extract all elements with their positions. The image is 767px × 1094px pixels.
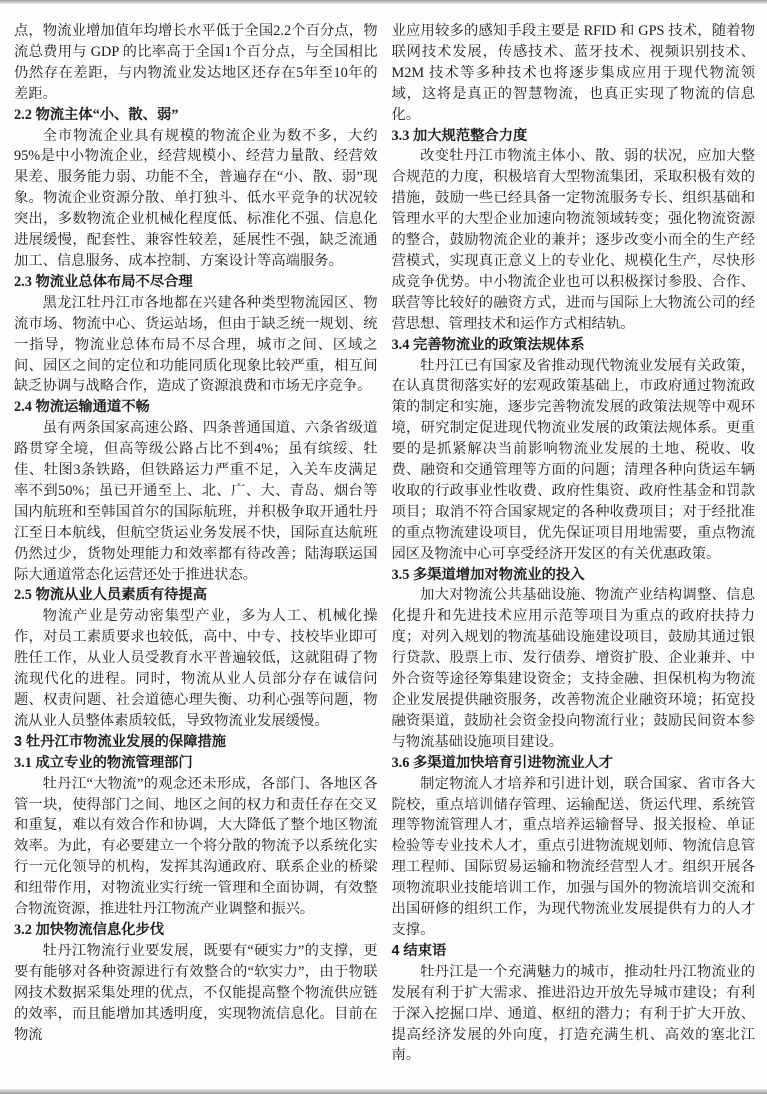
section-heading-2-3: 2.3 物流业总体布局不尽合理 <box>14 272 378 293</box>
section-heading-4: 4 结束语 <box>392 941 756 962</box>
section-heading-3-4: 3.4 完善物流业的政策法规体系 <box>392 335 756 356</box>
section-heading-2-4: 2.4 物流运输通道不畅 <box>14 397 378 418</box>
section-heading-3-5: 3.5 多渠道增加对物流业的投入 <box>392 565 756 586</box>
section-heading-3-6: 3.6 多渠道加快培育引进物流业人才 <box>392 753 756 774</box>
section-heading-3: 3 牡丹江市物流业发展的保障措施 <box>14 732 378 753</box>
scan-edge-top <box>0 0 767 4</box>
paragraph: 牡丹江是一个充满魅力的城市，推动牡丹江物流业的发展有利于扩大需求、推进沿边开放先… <box>392 962 756 1067</box>
paragraph: 牡丹江物流行业要发展，既要有“硬实力”的支撑，更要有能够对各种资源进行有效整合的… <box>14 941 378 1046</box>
paragraph: 制定物流人才培养和引进计划，联合国家、省市各大院校，重点培训储存管理、运输配送、… <box>392 774 756 941</box>
section-heading-3-1: 3.1 成立专业的物流管理部门 <box>14 753 378 774</box>
section-heading-3-2: 3.2 加快物流信息化步伐 <box>14 920 378 941</box>
right-column: 业应用较多的感知手段主要是 RFID 和 GPS 技术，随着物联网技术发展，传感… <box>392 21 756 1086</box>
section-heading-2-2: 2.2 物流主体“小、散、弱” <box>14 105 378 126</box>
paragraph-continued: 点，物流业增加值年均增长水平低于全国2.2个百分点，物流总费用与 GDP 的比率… <box>14 21 378 105</box>
paragraph: 加大对物流公共基础设施、物流产业结构调整、信息化提升和先进技术应用示范等项目为重… <box>392 585 756 752</box>
paragraph: 改变牡丹江市物流主体小、散、弱的状况，应加大整合规范的力度，积极培育大型物流集团… <box>392 146 756 334</box>
paragraph-continued: 业应用较多的感知手段主要是 RFID 和 GPS 技术，随着物联网技术发展，传感… <box>392 21 756 126</box>
paragraph: 牡丹江“大物流”的观念还未形成，各部门、各地区各管一块，使得部门之间、地区之间的… <box>14 774 378 920</box>
paragraph: 物流产业是劳动密集型产业，多为人工、机械化操作，对员工素质要求也较低，高中、中专… <box>14 606 378 731</box>
paragraph: 虽有两条国家高速公路、四条普通国道、六条省级道路贯穿全境，但高等级公路占比不到4… <box>14 418 378 585</box>
paper-page: 点，物流业增加值年均增长水平低于全国2.2个百分点，物流总费用与 GDP 的比率… <box>0 0 767 1094</box>
section-heading-3-3: 3.3 加大规范整合力度 <box>392 126 756 147</box>
paragraph: 牡丹江已有国家及省推动现代物流业发展有关政策，在认真贯彻落实好的宏观政策基础上，… <box>392 356 756 565</box>
paragraph: 全市物流企业具有规模的物流企业为数不多，大约95%是中小物流企业，经营规模小、经… <box>14 126 378 272</box>
section-heading-2-5: 2.5 物流从业人员素质有待提高 <box>14 585 378 606</box>
scan-edge-bottom <box>0 1089 767 1094</box>
paragraph: 黑龙江牡丹江市各地都在兴建各种类型物流园区、物流市场、物流中心、货运站场，但由于… <box>14 293 378 398</box>
left-column: 点，物流业增加值年均增长水平低于全国2.2个百分点，物流总费用与 GDP 的比率… <box>14 21 378 1086</box>
